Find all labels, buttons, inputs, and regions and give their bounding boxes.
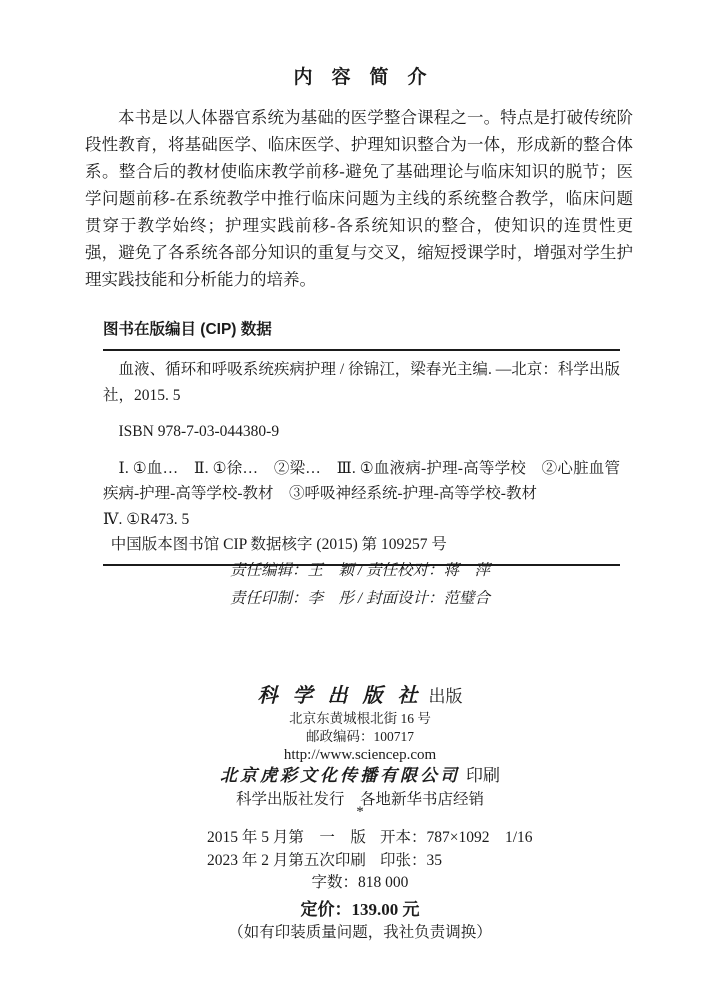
publisher-postcode: 邮政编码：100717 <box>0 728 720 746</box>
printed-sheets: 印张：35 <box>380 852 442 869</box>
separator-asterisk: * <box>0 803 720 821</box>
edition-row: 2015 年 5 月第 一 版开本：787×1092 1/16 <box>207 826 533 849</box>
cip-class-number: Ⅳ. ①R473. 5 <box>103 507 620 533</box>
publisher-name: 科 学 出 版 社 <box>258 685 423 707</box>
word-count: 字数：818 000 <box>0 872 720 894</box>
cip-record-number: 中国版本图书馆 CIP 数据核字 (2015) 第 109257 号 <box>103 532 620 558</box>
print-run-row: 2023 年 2 月第五次印刷印张：35 <box>207 849 533 872</box>
copyright-page: 内 容 简 介 本书是以人体器官系统为基础的医学整合课程之一。特点是打破传统阶段… <box>0 0 720 1000</box>
printer-name: 北京虎彩文化传播有限公司 <box>220 766 460 785</box>
publisher-website: http://www.sciencep.com <box>0 746 720 764</box>
cip-isbn: ISBN 978-7-03-044380-9 <box>103 419 620 445</box>
publisher-line: 科 学 出 版 社出版 <box>0 683 720 710</box>
intro-paragraph: 本书是以人体器官系统为基础的医学整合课程之一。特点是打破传统阶段性教育，将基础医… <box>85 104 633 293</box>
printing-info: 2015 年 5 月第 一 版开本：787×1092 1/16 2023 年 2… <box>207 826 533 872</box>
printer-role: 印刷 <box>466 766 500 785</box>
cip-classification: Ⅰ. ①血… Ⅱ. ①徐… ②梁… Ⅲ. ①血液病-护理-高等学校 ②心脏血管疾… <box>103 456 620 507</box>
quality-note: （如有印装质量问题，我社负责调换） <box>0 922 720 944</box>
credits-printer-designer: 责任印制：李 彤 / 封面设计：范璧合 <box>0 585 720 613</box>
page-title: 内 容 简 介 <box>0 66 720 90</box>
price: 定价：139.00 元 <box>0 898 720 922</box>
printer-line: 北京虎彩文化传播有限公司印刷 <box>0 765 720 787</box>
publisher-block: 科 学 出 版 社出版 北京东黄城根北街 16 号 邮政编码：100717 ht… <box>0 683 720 811</box>
book-format: 开本：787×1092 1/16 <box>380 829 533 846</box>
cip-heading: 图书在版编目 (CIP) 数据 <box>103 319 620 341</box>
cip-title-line: 血液、循环和呼吸系统疾病护理 / 徐锦江，梁春光主编. —北京：科学出版社，20… <box>103 357 620 408</box>
print-run-date: 2023 年 2 月第五次印刷 <box>207 849 380 872</box>
edition-date: 2015 年 5 月第 一 版 <box>207 826 380 849</box>
publisher-role: 出版 <box>429 687 463 706</box>
cip-top-rule <box>103 349 620 351</box>
publisher-address: 北京东黄城根北街 16 号 <box>0 710 720 728</box>
cip-section: 图书在版编目 (CIP) 数据 血液、循环和呼吸系统疾病护理 / 徐锦江，梁春光… <box>103 319 620 566</box>
staff-credits: 责任编辑：王 颖 / 责任校对：蒋 萍 责任印制：李 彤 / 封面设计：范璧合 <box>0 557 720 613</box>
credits-editor-proofreader: 责任编辑：王 颖 / 责任校对：蒋 萍 <box>0 557 720 585</box>
